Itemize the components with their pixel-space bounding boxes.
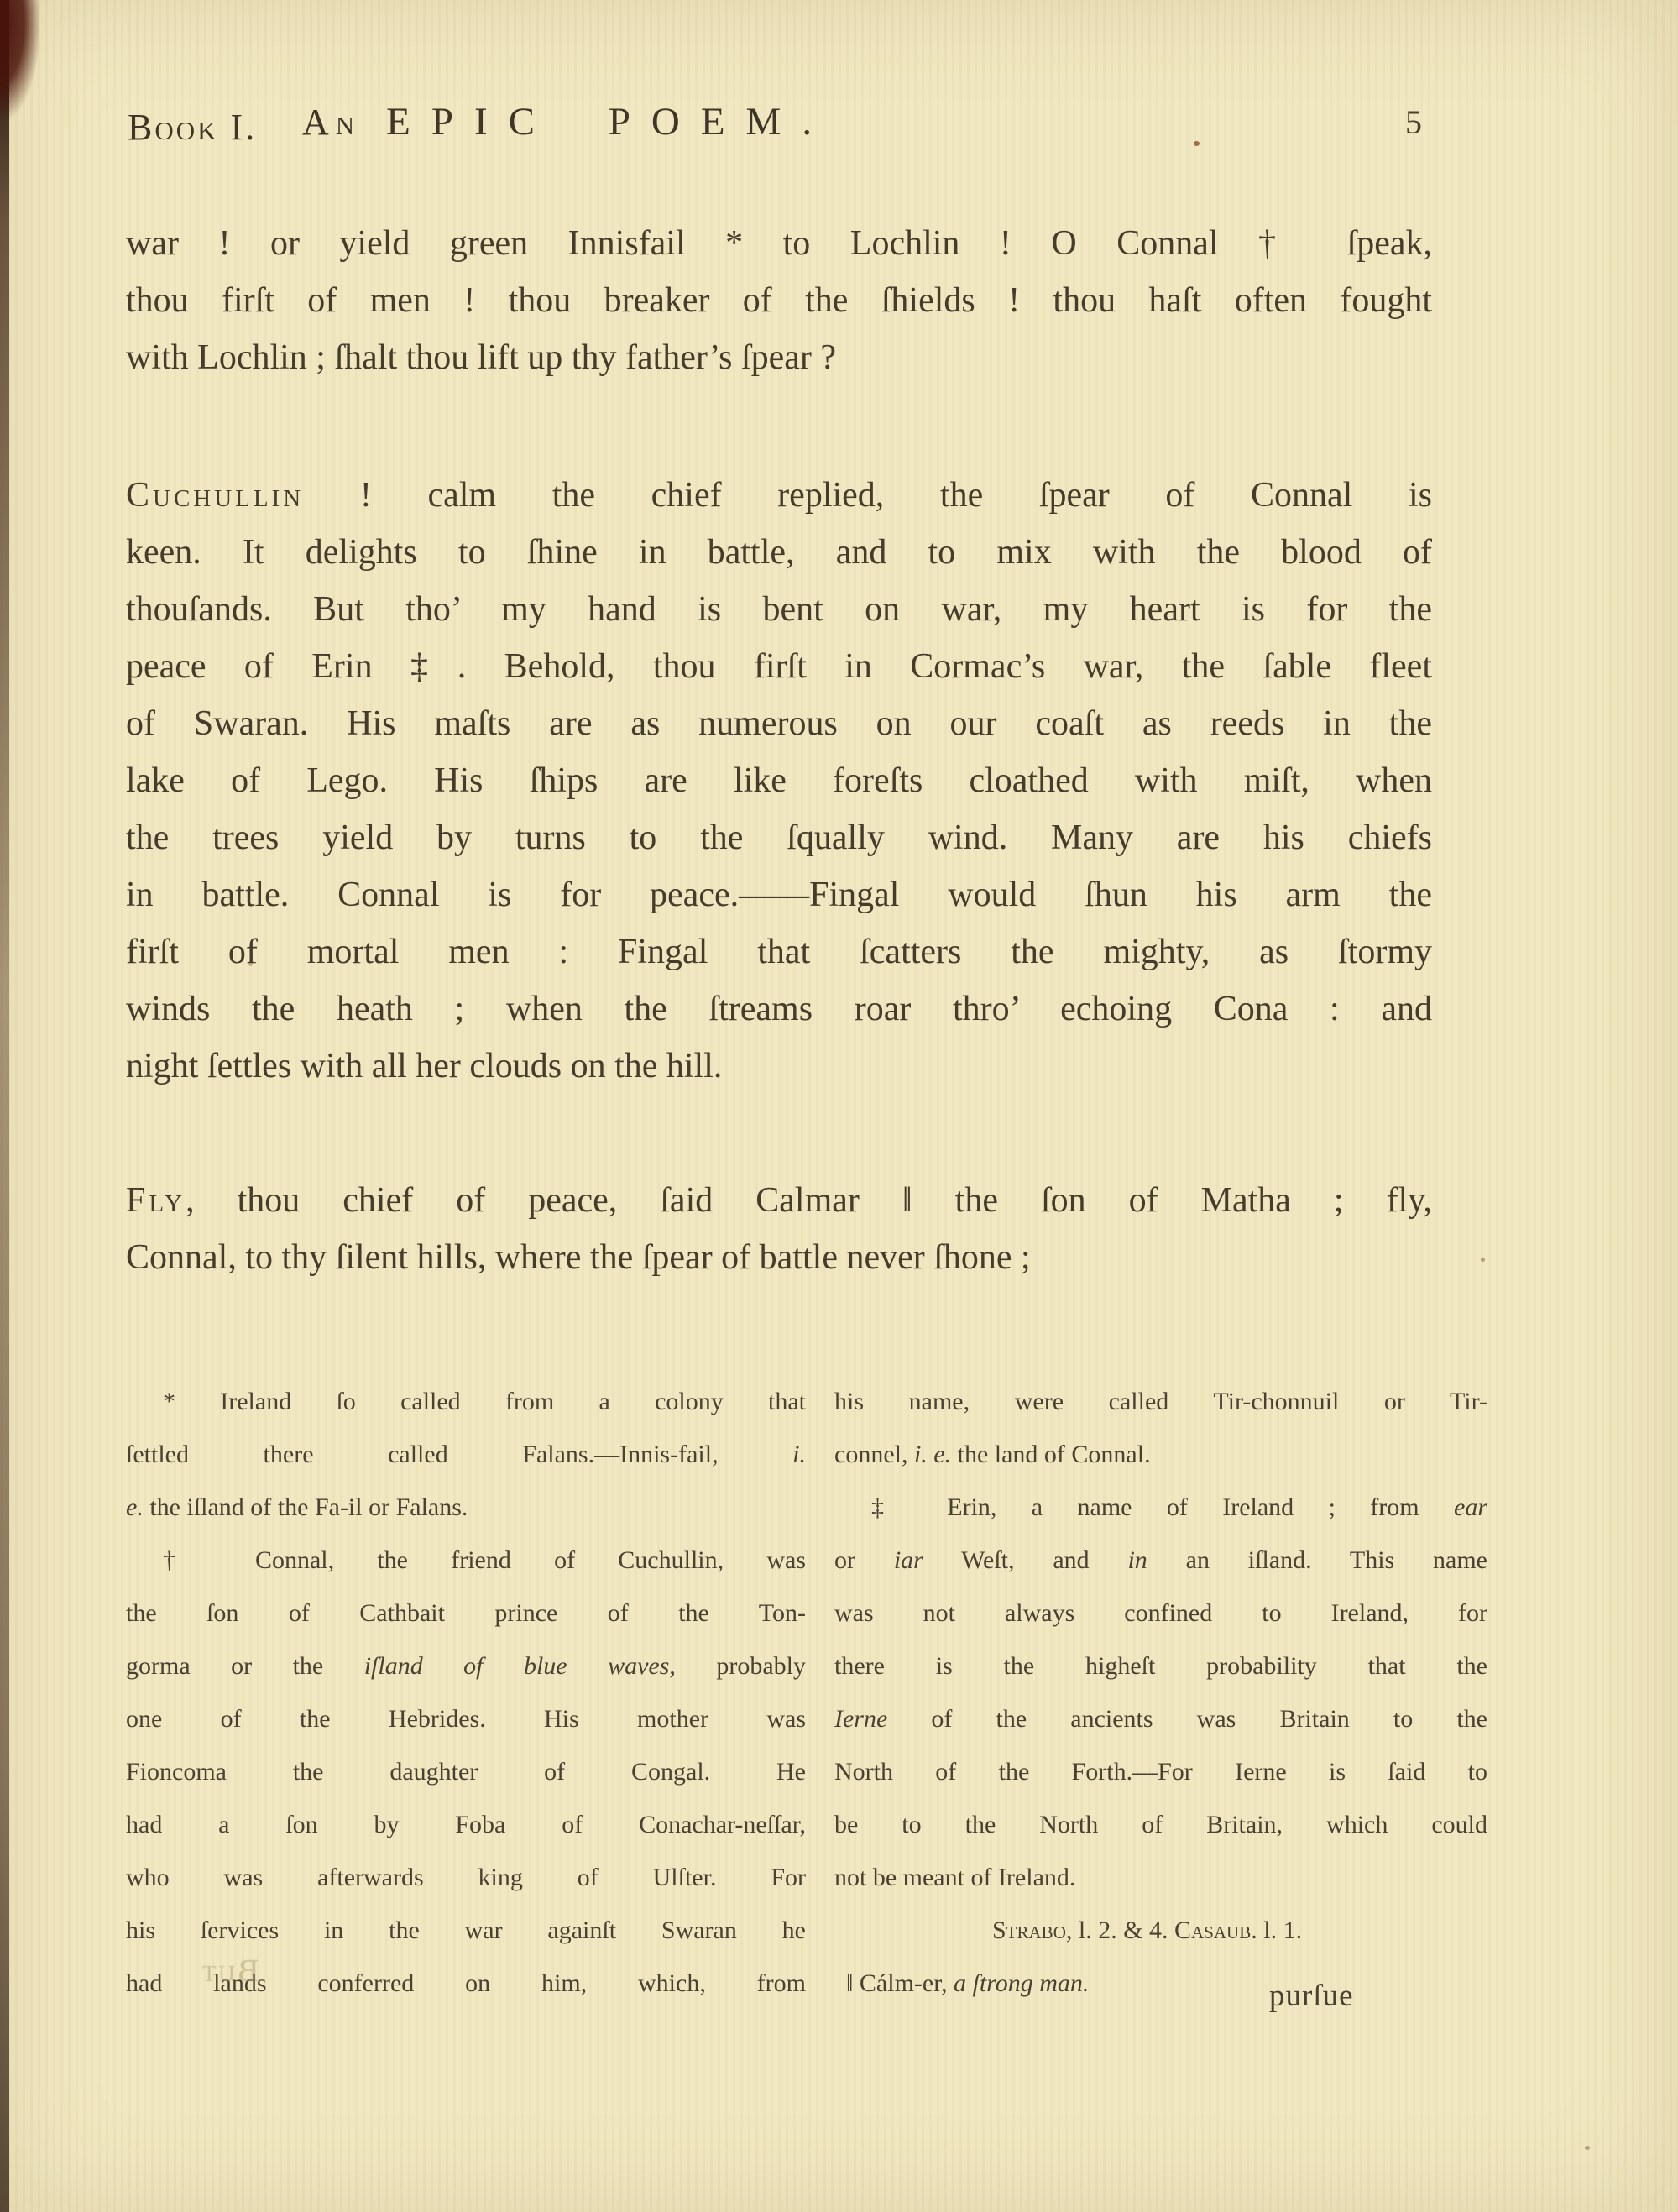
footnote-line: was not always confined to Ireland, for xyxy=(834,1587,1487,1639)
footnote-segment: Ierne xyxy=(834,1705,887,1733)
text-line: Cuchullin ! calm the chief replied, the … xyxy=(126,467,1432,524)
footnote-segment: Weſt, and xyxy=(923,1546,1128,1574)
footnote-segment: there is the higheſt probability that th… xyxy=(834,1652,1487,1680)
footnote-line: * Ireland ſo called from a colony that xyxy=(126,1375,806,1428)
footnote-segment: ear xyxy=(1454,1493,1487,1521)
footnote-segment: , probably xyxy=(669,1652,806,1680)
footnote-line: be to the North of Britain, which could xyxy=(834,1798,1487,1851)
footnote-line: ‖ Cálm-er, a ſtrong man. xyxy=(834,1957,1487,2010)
footnote-line: ‡ Erin, a name of Ireland ; from ear xyxy=(834,1481,1487,1534)
ink-speck xyxy=(1585,2146,1590,2150)
small-caps-opener: Fly xyxy=(126,1181,186,1220)
footnote-line: his ſervices in the war againſt Swaran h… xyxy=(126,1904,806,1957)
footnote-segment: North of the Forth.—For Ierne is ſaid to xyxy=(834,1758,1487,1786)
footnote-segment: ſettled there called Falans.—Innis-fail, xyxy=(126,1441,792,1468)
text-line: firſt of mortal men : Fingal that ſcatte… xyxy=(126,923,1432,980)
catchword: purſue xyxy=(1269,1978,1354,2014)
footnote-segment: the iſland of the Fa-il or Falans. xyxy=(144,1493,468,1521)
footnote-segment: e. xyxy=(126,1493,144,1521)
text-line: in battle. Connal is for peace.——Fingal … xyxy=(126,866,1432,923)
footnote-segment: ‖ Cálm-er, xyxy=(846,1969,954,1997)
paragraph: war ! or yield green Innisfail * to Loch… xyxy=(126,215,1432,386)
footnote-segment: one of the Hebrides. His mother was xyxy=(126,1705,806,1733)
footnote-line: one of the Hebrides. His mother was xyxy=(126,1692,806,1745)
footnote-citation-line: Strabo, l. 2. & 4. Casaub. l. 1. xyxy=(834,1904,1487,1957)
title-main: EPIC POEM. xyxy=(386,100,833,144)
footnote-line: † Connal, the friend of Cuchullin, was xyxy=(126,1534,806,1587)
text-line: with Lochlin ; ſhalt thou lift up thy fa… xyxy=(126,329,1432,386)
paragraph: Cuchullin ! calm the chief replied, the … xyxy=(126,467,1432,1095)
footnote-line: there is the higheſt probability that th… xyxy=(834,1639,1487,1692)
footnotes: * Ireland ſo called from a colony that ſ… xyxy=(126,1375,1487,2010)
footnote-segment: connel, xyxy=(834,1441,914,1468)
footnote-line: had a ſon by Foba of Conachar-neſſar, xyxy=(126,1798,806,1851)
footnote-segment: i. e. xyxy=(914,1441,951,1468)
text-line: thou firſt of men ! thou breaker of the … xyxy=(126,272,1432,329)
footnote-segment: iar xyxy=(894,1546,923,1574)
footnote-segment: Casaub. xyxy=(1174,1917,1257,1944)
footnote-segment: i. xyxy=(792,1441,806,1468)
footnote-line: ſettled there called Falans.—Innis-fail,… xyxy=(126,1428,806,1481)
footnote-segment: had a ſon by Foba of Conachar-neſſar, xyxy=(126,1811,806,1838)
footnote-line: Ierne of the ancients was Britain to the xyxy=(834,1692,1487,1745)
page-title: AnEPIC POEM. xyxy=(302,99,833,144)
text-line: of Swaran. His maſts are as numerous on … xyxy=(126,695,1432,752)
text-line: peace of Erin ‡. Behold, thou firſt in C… xyxy=(126,638,1432,695)
footnote-line: the ſon of Cathbait prince of the Ton- xyxy=(126,1587,806,1639)
footnote-segment: an iſland. This name xyxy=(1147,1546,1487,1574)
footnote-segment: in xyxy=(1127,1546,1147,1574)
footnote-segment: the land of Connal. xyxy=(951,1441,1150,1468)
footnote-line: who was afterwards king of Ulſter. For xyxy=(126,1851,806,1904)
ink-speck xyxy=(1481,1258,1485,1262)
footnote-segment: was not always confined to Ireland, for xyxy=(834,1599,1487,1627)
footnote-line: not be meant of Ireland. xyxy=(834,1851,1487,1904)
footnote-segment: or xyxy=(834,1546,894,1574)
footnote-line: or iar Weſt, and in an iſland. This name xyxy=(834,1534,1487,1587)
footnote-segment: his name, were called Tir-chonnuil or Ti… xyxy=(834,1388,1487,1415)
footnote-segment: the ſon of Cathbait prince of the Ton- xyxy=(126,1599,806,1627)
text-line: Connal, to thy ſilent hills, where the ſ… xyxy=(126,1229,1432,1286)
text-line: thouſands. But tho’ my hand is bent on w… xyxy=(126,581,1432,638)
text-line: night ſettles with all her clouds on the… xyxy=(126,1038,1432,1095)
footnote-segment: his ſervices in the war againſt Swaran h… xyxy=(126,1917,806,1944)
footnote-segment: be to the North of Britain, which could xyxy=(834,1811,1487,1838)
page-number: 5 xyxy=(1405,102,1422,142)
main-text: war ! or yield green Innisfail * to Loch… xyxy=(126,215,1432,1286)
footnote-segment: ‡ Erin, a name of Ireland ; from xyxy=(871,1493,1454,1521)
footnote-segment: iſland of blue waves xyxy=(364,1652,670,1680)
footnote-segment: who was afterwards king of Ulſter. For xyxy=(126,1864,806,1891)
text-line: lake of Lego. His ſhips are like foreſts… xyxy=(126,752,1432,809)
footnote-line: his name, were called Tir-chonnuil or Ti… xyxy=(834,1375,1487,1428)
footnote-segment: not be meant of Ireland. xyxy=(834,1864,1075,1891)
ink-speck xyxy=(1194,141,1200,146)
small-caps-opener: Cuchullin xyxy=(126,476,304,515)
footnote-segment: gorma or the xyxy=(126,1652,364,1680)
text-segment: ! calm the chief replied, the ſpear of C… xyxy=(304,476,1432,515)
footnote-line: North of the Forth.—For Ierne is ſaid to xyxy=(834,1745,1487,1798)
text-line: Fly, thou chief of peace, ſaid Calmar ‖ … xyxy=(126,1172,1432,1229)
footnote-line: e. the iſland of the Fa-il or Falans. xyxy=(126,1481,806,1534)
footnote-segment: † Connal, the friend of Cuchullin, was xyxy=(163,1546,806,1574)
binding-edge-shadow xyxy=(0,0,9,2212)
footnote-segment: Strabo xyxy=(992,1917,1066,1944)
chapter-label: Book I. xyxy=(128,106,257,149)
footnote-column-right: his name, were called Tir-chonnuil or Ti… xyxy=(834,1375,1487,2010)
paragraph: Fly, thou chief of peace, ſaid Calmar ‖ … xyxy=(126,1172,1432,1286)
footnote-segment: Fioncoma the daughter of Congal. He xyxy=(126,1758,806,1786)
text-line: winds the heath ; when the ſtreams roar … xyxy=(126,980,1432,1038)
footnote-line: connel, i. e. the land of Connal. xyxy=(834,1428,1487,1481)
text-line: keen. It delights to ſhine in battle, an… xyxy=(126,524,1432,581)
book-page-scan: Book I. AnEPIC POEM. 5 war ! or yield gr… xyxy=(0,0,1678,2212)
bleedthrough-text: But xyxy=(200,1953,259,1990)
footnote-segment: a ſtrong man. xyxy=(954,1969,1089,1997)
footnote-line: Fioncoma the daughter of Congal. He xyxy=(126,1745,806,1798)
corner-stain xyxy=(0,0,39,118)
footnote-line: gorma or the iſland of blue waves, proba… xyxy=(126,1639,806,1692)
footnote-segment: , l. 2. & 4. xyxy=(1066,1917,1174,1944)
footnote-segment: * Ireland ſo called from a colony that xyxy=(163,1388,806,1415)
text-segment: , thou chief of peace, ſaid Calmar ‖ the… xyxy=(186,1181,1432,1220)
footnote-segment: l. 1. xyxy=(1257,1917,1302,1944)
text-line: war ! or yield green Innisfail * to Loch… xyxy=(126,215,1432,272)
footnote-segment: of the ancients was Britain to the xyxy=(887,1705,1487,1733)
title-prefix: An xyxy=(302,102,361,143)
text-line: the trees yield by turns to the ſqually … xyxy=(126,809,1432,866)
footnote-column-left: * Ireland ſo called from a colony that ſ… xyxy=(126,1375,806,2010)
